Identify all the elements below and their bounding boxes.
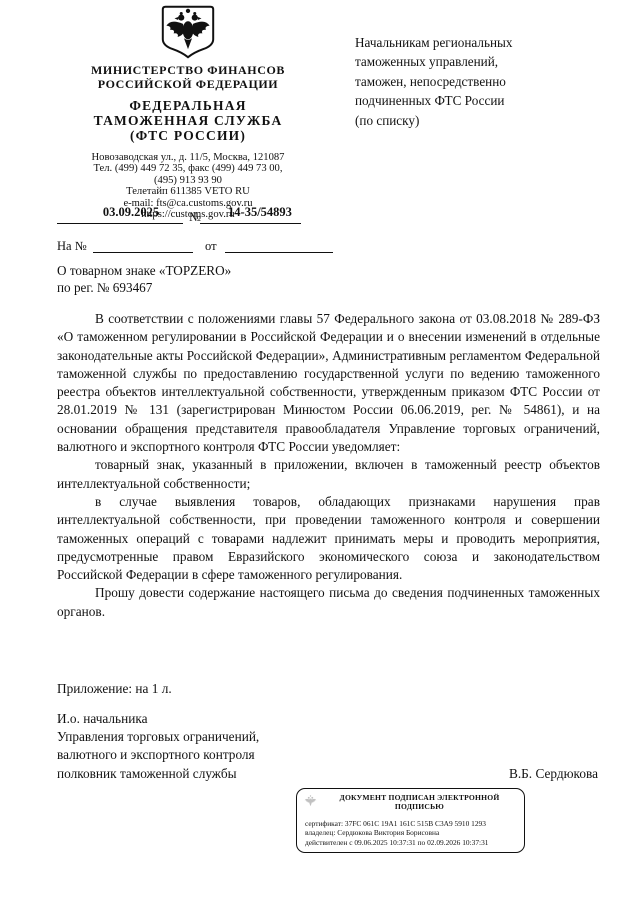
subject-line-2: по рег. № 693467 bbox=[57, 279, 357, 296]
date-number-row: 03.09.2025 № 14-35/54893 bbox=[57, 205, 342, 229]
signer-position-line-3: валютного и экспортного контроля bbox=[57, 746, 598, 764]
stamp-owner: владелец: Сердюкова Виктория Борисовна bbox=[305, 828, 516, 837]
recipient-line-3: таможен, непосредственно bbox=[355, 72, 570, 91]
reply-reference-row: На № от bbox=[57, 239, 357, 257]
body-paragraph-3: в случае выявления товаров, обладающих п… bbox=[57, 493, 600, 584]
agency-line-3: (ФТС РОССИИ) bbox=[40, 128, 336, 143]
subject-line-1: О товарном знаке «TOPZERO» bbox=[57, 262, 357, 279]
ministry-line-2: РОССИЙСКОЙ ФЕДЕРАЦИИ bbox=[40, 78, 336, 92]
coat-of-arms-icon bbox=[159, 5, 217, 59]
stamp-title-line-2: ПОДПИСЬЮ bbox=[323, 802, 516, 811]
recipient-block: Начальникам региональных таможенных упра… bbox=[355, 33, 570, 130]
letter-date: 03.09.2025 bbox=[69, 205, 193, 220]
letter-body: В соответствии с положениями главы 57 Фе… bbox=[57, 310, 600, 621]
stamp-validity: действителен с 09.06.2025 10:37:31 по 02… bbox=[305, 838, 516, 847]
digital-signature-stamp: ДОКУМЕНТ ПОДПИСАН ЭЛЕКТРОННОЙ ПОДПИСЬЮ с… bbox=[296, 788, 525, 853]
attachment-note: Приложение: на 1 л. bbox=[57, 681, 172, 697]
stamp-emblem-icon bbox=[303, 794, 318, 809]
address-street: Новозаводская ул., д. 11/5, Москва, 1210… bbox=[40, 152, 336, 163]
ministry-line-1: МИНИСТЕРСТВО ФИНАНСОВ bbox=[40, 64, 336, 78]
recipient-line-4: подчиненных ФТС России bbox=[355, 91, 570, 110]
stamp-header: ДОКУМЕНТ ПОДПИСАН ЭЛЕКТРОННОЙ ПОДПИСЬЮ bbox=[305, 793, 516, 811]
letterhead: МИНИСТЕРСТВО ФИНАНСОВ РОССИЙСКОЙ ФЕДЕРАЦ… bbox=[40, 5, 336, 220]
address-phone-2: (495) 913 93 90 bbox=[40, 175, 336, 186]
signer-position-line-1: И.о. начальника bbox=[57, 710, 598, 728]
reply-ot-label: от bbox=[205, 239, 217, 254]
body-paragraph-4: Прошу довести содержание настоящего пись… bbox=[57, 584, 600, 621]
reply-number-blank bbox=[93, 252, 193, 253]
official-letter-page: МИНИСТЕРСТВО ФИНАНСОВ РОССИЙСКОЙ ФЕДЕРАЦ… bbox=[0, 0, 640, 905]
stamp-title-line-1: ДОКУМЕНТ ПОДПИСАН ЭЛЕКТРОННОЙ bbox=[323, 793, 516, 802]
stamp-details: сертификат: 37FC 061C 19A1 161C 515B C3A… bbox=[305, 819, 516, 847]
subject-block: О товарном знаке «TOPZERO» по рег. № 693… bbox=[57, 262, 357, 296]
reply-na-label: На № bbox=[57, 239, 87, 254]
agency-line-2: ТАМОЖЕННАЯ СЛУЖБА bbox=[40, 113, 336, 128]
number-underline bbox=[200, 223, 301, 224]
signer-position-line-2: Управления торговых ограничений, bbox=[57, 728, 598, 746]
address-phone: Тел. (499) 449 72 35, факс (499) 449 73 … bbox=[40, 163, 336, 174]
reply-date-blank bbox=[225, 252, 333, 253]
agency-name: ФЕДЕРАЛЬНАЯ ТАМОЖЕННАЯ СЛУЖБА (ФТС РОССИ… bbox=[40, 98, 336, 143]
signature-block: И.о. начальника Управления торговых огра… bbox=[57, 710, 598, 783]
recipient-line-2: таможенных управлений, bbox=[355, 52, 570, 71]
recipient-line-5: (по списку) bbox=[355, 111, 570, 130]
address-teletype: Телетайп 611385 VETO RU bbox=[40, 186, 336, 197]
body-paragraph-1: В соответствии с положениями главы 57 Фе… bbox=[57, 310, 600, 456]
stamp-certificate: сертификат: 37FC 061C 19A1 161C 515B C3A… bbox=[305, 819, 516, 828]
date-underline bbox=[57, 223, 183, 224]
signer-name: В.Б. Сердюкова bbox=[509, 765, 598, 783]
recipient-line-1: Начальникам региональных bbox=[355, 33, 570, 52]
body-paragraph-2: товарный знак, указанный в приложении, в… bbox=[57, 456, 600, 493]
letter-number: 14-35/54893 bbox=[205, 205, 315, 220]
ministry-name: МИНИСТЕРСТВО ФИНАНСОВ РОССИЙСКОЙ ФЕДЕРАЦ… bbox=[40, 64, 336, 91]
agency-line-1: ФЕДЕРАЛЬНАЯ bbox=[40, 98, 336, 113]
